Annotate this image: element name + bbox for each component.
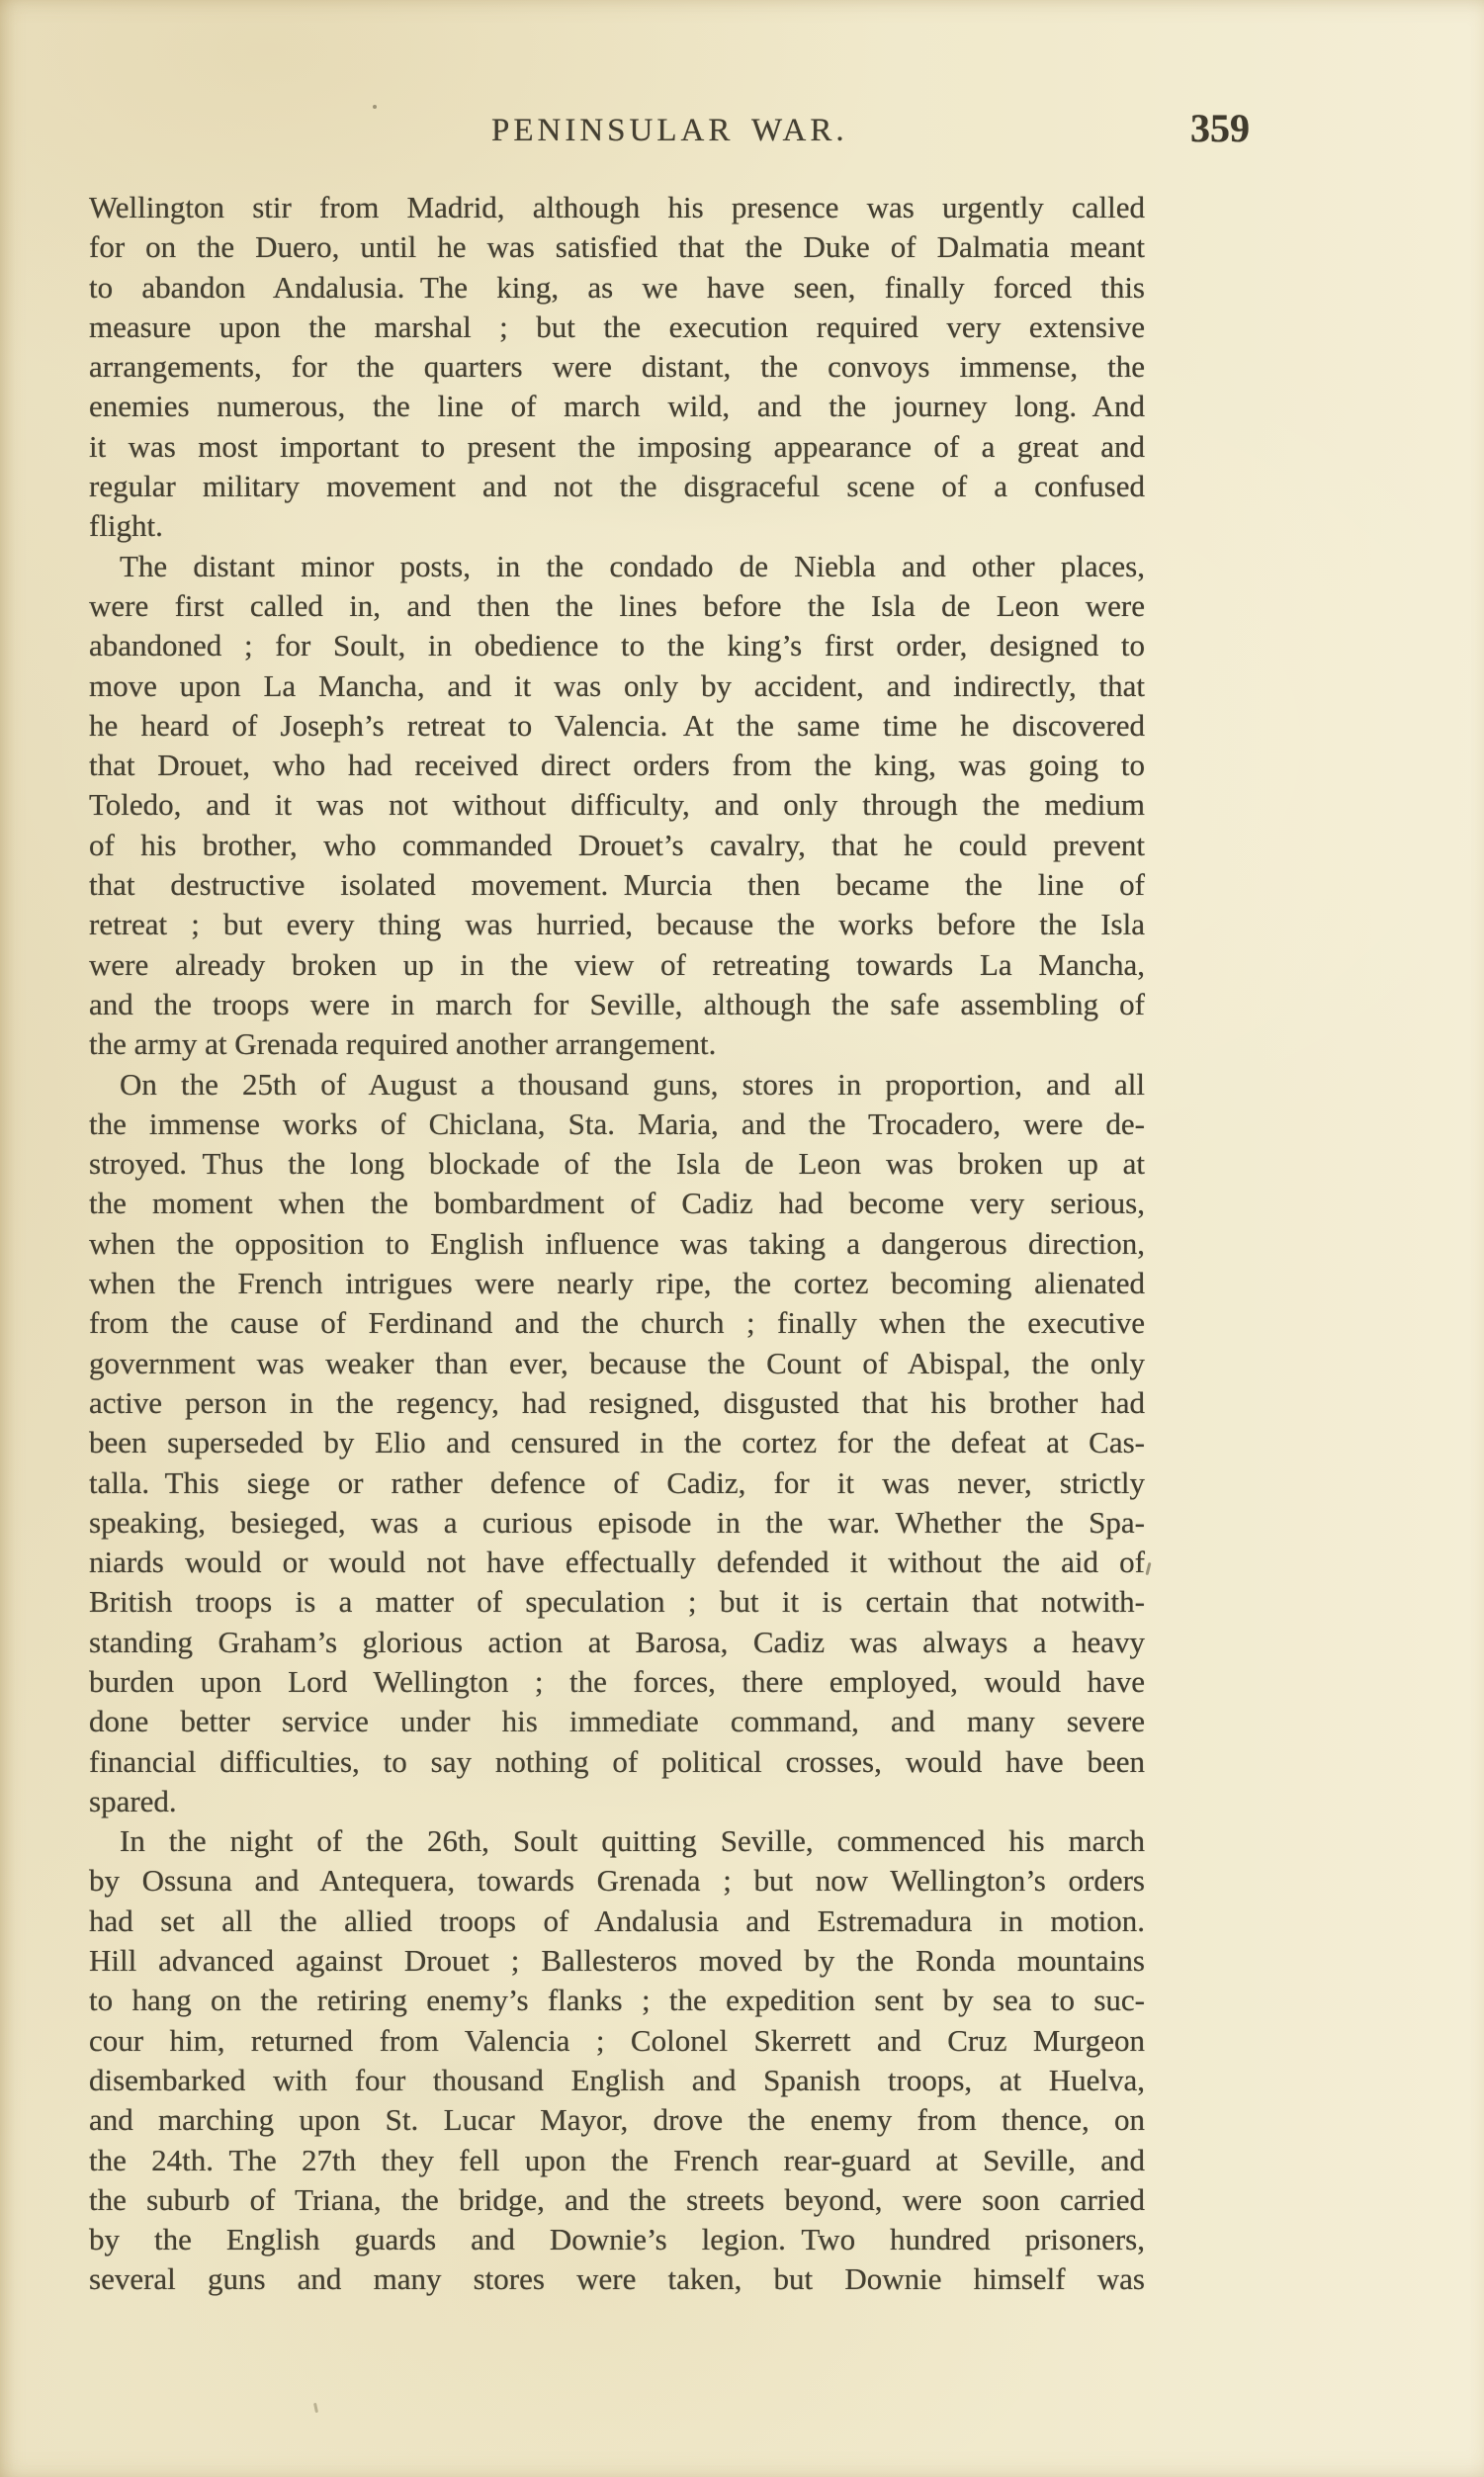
text-line: done better service under his immediate …: [89, 1702, 1145, 1741]
text-line: for on the Duero, until he was satisfied…: [89, 227, 1145, 267]
text-line: cour him, returned from Valencia ; Colon…: [89, 2021, 1145, 2061]
text-line: the suburb of Triana, the bridge, and th…: [89, 2180, 1145, 2220]
text-line: that destructive isolated movement. Murc…: [89, 865, 1145, 905]
text-line: the 24th. The 27th they fell upon the Fr…: [89, 2141, 1145, 2180]
text-line: several guns and many stores were taken,…: [89, 2259, 1145, 2299]
text-line: the army at Grenada required another arr…: [89, 1024, 1145, 1064]
text-line: by Ossuna and Antequera, towards Grenada…: [89, 1861, 1145, 1901]
text-line: enemies numerous, the line of march wild…: [89, 387, 1145, 426]
text-line: speaking, besieged, was a curious episod…: [89, 1503, 1145, 1543]
text-line: to hang on the retiring enemy’s flanks ;…: [89, 1981, 1145, 2020]
text-line: The distant minor posts, in the condado …: [89, 547, 1145, 586]
text-line: In the night of the 26th, Soult quitting…: [89, 1821, 1145, 1861]
text-line: regular military movement and not the di…: [89, 467, 1145, 506]
paper-speck: [373, 105, 377, 109]
text-line: measure upon the marshal ; but the execu…: [89, 308, 1145, 347]
text-line: active person in the regency, had resign…: [89, 1383, 1145, 1423]
paper-speck: [1145, 1562, 1151, 1575]
text-line: of his brother, who commanded Drouet’s c…: [89, 826, 1145, 865]
book-page-scan: PENINSULAR WAR. 359 Wellington stir from…: [0, 0, 1484, 2477]
text-line: and marching upon St. Lucar Mayor, drove…: [89, 2100, 1145, 2140]
text-line: from the cause of Ferdinand and the chur…: [89, 1303, 1145, 1343]
text-line: financial difficulties, to say nothing o…: [89, 1742, 1145, 1782]
text-line: retreat ; but every thing was hurried, b…: [89, 905, 1145, 944]
page-text: Wellington stir from Madrid, although hi…: [89, 188, 1145, 2300]
text-line: he heard of Joseph’s retreat to Valencia…: [89, 706, 1145, 746]
paragraph: Wellington stir from Madrid, although hi…: [89, 188, 1145, 547]
text-line: that Drouet, who had received direct ord…: [89, 746, 1145, 785]
text-line: Hill advanced against Drouet ; Ballester…: [89, 1941, 1145, 1981]
text-line: disembarked with four thousand English a…: [89, 2061, 1145, 2100]
text-line: government was weaker than ever, because…: [89, 1344, 1145, 1383]
text-line: Toledo, and it was not without difficult…: [89, 785, 1145, 825]
paper-speck: [313, 2403, 318, 2413]
text-line: when the opposition to English influence…: [89, 1224, 1145, 1264]
text-line: stroyed. Thus the long blockade of the I…: [89, 1144, 1145, 1184]
paragraph: In the night of the 26th, Soult quitting…: [89, 1821, 1145, 2300]
text-line: move upon La Mancha, and it was only by …: [89, 666, 1145, 706]
text-line: On the 25th of August a thousand guns, s…: [89, 1065, 1145, 1105]
text-line: burden upon Lord Wellington ; the forces…: [89, 1662, 1145, 1702]
text-line: talla. This siege or rather defence of C…: [89, 1463, 1145, 1503]
text-line: been superseded by Elio and censured in …: [89, 1423, 1145, 1462]
text-line: were first called in, and then the lines…: [89, 586, 1145, 626]
text-line: it was most important to present the imp…: [89, 427, 1145, 467]
text-line: British troops is a matter of speculatio…: [89, 1582, 1145, 1622]
paragraph: The distant minor posts, in the condado …: [89, 547, 1145, 1065]
text-line: when the French intrigues were nearly ri…: [89, 1264, 1145, 1303]
text-line: niards would or would not have effectual…: [89, 1543, 1145, 1582]
text-line: had set all the allied troops of Andalus…: [89, 1902, 1145, 1941]
text-line: to abandon Andalusia. The king, as we ha…: [89, 268, 1145, 308]
running-head-title: PENINSULAR WAR.: [491, 115, 848, 147]
text-line: flight.: [89, 506, 1145, 546]
text-line: arrangements, for the quarters were dist…: [89, 347, 1145, 387]
page-number: 359: [1190, 109, 1250, 148]
text-line: Wellington stir from Madrid, although hi…: [89, 188, 1145, 227]
text-line: and the troops were in march for Seville…: [89, 985, 1145, 1024]
paragraph: On the 25th of August a thousand guns, s…: [89, 1065, 1145, 1822]
text-line: standing Graham’s glorious action at Bar…: [89, 1623, 1145, 1662]
text-line: by the English guards and Downie’s legio…: [89, 2220, 1145, 2259]
text-line: were already broken up in the view of re…: [89, 945, 1145, 985]
text-line: spared.: [89, 1782, 1145, 1821]
text-line: abandoned ; for Soult, in obedience to t…: [89, 626, 1145, 665]
text-line: the immense works of Chiclana, Sta. Mari…: [89, 1105, 1145, 1144]
text-line: the moment when the bombardment of Cadiz…: [89, 1184, 1145, 1223]
